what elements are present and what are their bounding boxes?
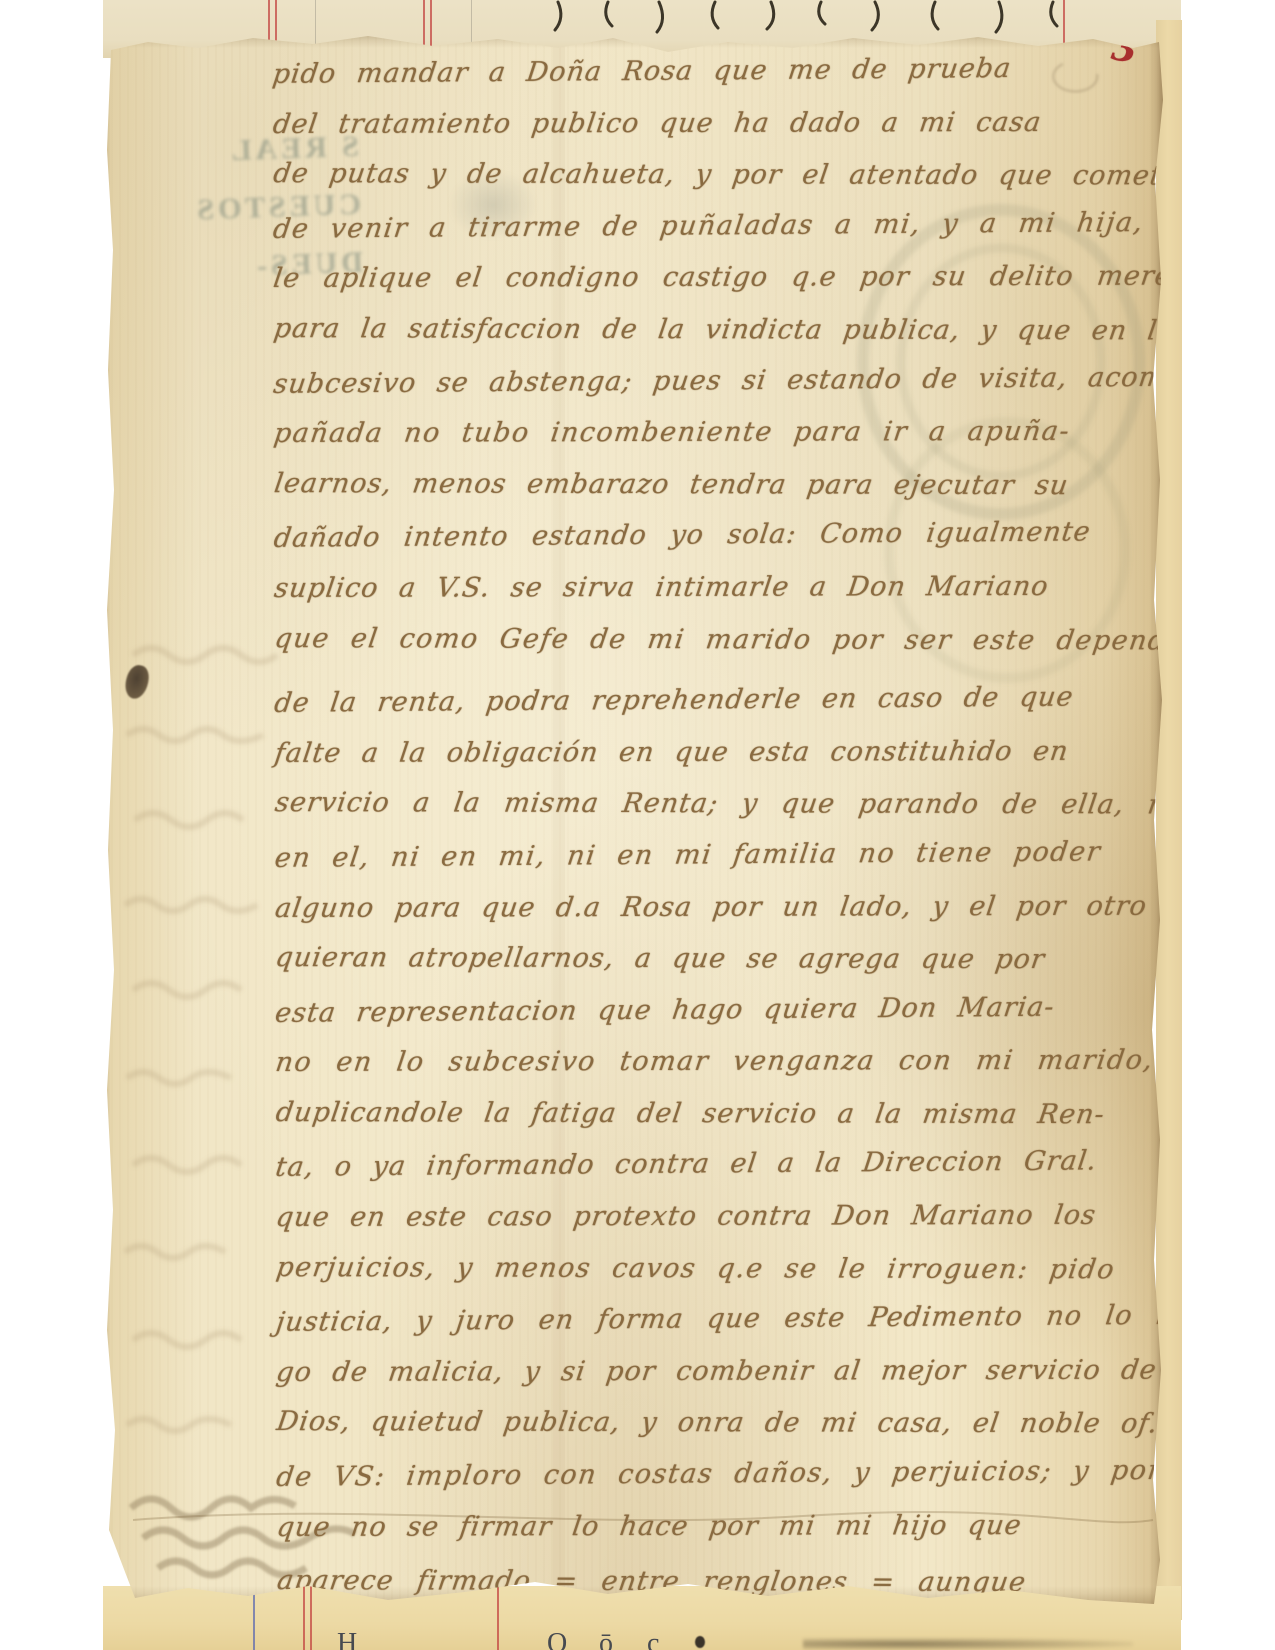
manuscript-line: go de malicia, y si por combenir al mejo… (101, 1344, 1170, 1398)
manuscript-line: servicio a la misma Renta; y que parando… (100, 777, 1169, 831)
manuscript-line: pido mandar a Doña Rosa que me de prueba (97, 42, 1167, 102)
red-margin-line (303, 1586, 305, 1650)
manuscript-page: 3 S REAL CUESTOS DUES- pido mandar a Doñ… (103, 30, 1165, 1608)
manuscript-line: duplicandole la fatiga del servicio a la… (100, 1086, 1169, 1140)
manuscript-line: subcesivo se abstenga; pues si estando d… (98, 351, 1168, 411)
partial-letter: ō (599, 1630, 613, 1650)
manuscript-line: que no se firmar lo hace por mi mi hijo … (101, 1499, 1170, 1553)
manuscript-line: para la satisfaccion de la vindicta publ… (98, 303, 1167, 357)
ink-smudge (803, 1638, 1133, 1650)
manuscript-line: de VS: imploro con costas daños, y perju… (101, 1445, 1171, 1505)
manuscript-line: de la renta, podra reprehenderle en caso… (99, 671, 1169, 731)
red-margin-line (310, 1586, 312, 1650)
manuscript-line: ta, o ya informando contra el a la Direc… (100, 1135, 1170, 1195)
partial-letter: H (337, 1630, 357, 1650)
manuscript-line: quieran atropellarnos, a que se agrega q… (100, 932, 1169, 986)
manuscript-line: pañada no tubo incombeniente para ir a a… (98, 406, 1167, 460)
manuscript-line: alguno para que d.a Rosa por un lado, y … (100, 880, 1169, 934)
manuscript-line: del tratamiento publico que ha dado a mi… (98, 96, 1167, 150)
manuscript-line: en el, ni en mi, ni en mi familia no tie… (99, 826, 1169, 886)
manuscript-line: justicia, y juro en forma que este Pedim… (100, 1290, 1170, 1350)
manuscript-line: no en lo subcesivo tomar venganza con mi… (100, 1035, 1169, 1089)
manuscript-line: que el como Gefe de mi marido por ser es… (99, 612, 1168, 666)
manuscript-line: le aplique el condigno castigo q.e por s… (98, 251, 1167, 305)
underlying-page-bottom-strip: H O ō c (103, 1586, 1181, 1650)
manuscript-line: Dios, quietud publica, y onra de mi casa… (101, 1396, 1170, 1450)
partial-letter: c (647, 1630, 659, 1650)
red-margin-line (497, 1586, 499, 1650)
manuscript-text: pido mandar a Doña Rosa que me de prueba… (101, 45, 1167, 1610)
manuscript-line: que en este caso protexto contra Don Mar… (100, 1190, 1169, 1244)
manuscript-line: perjuicios, y menos cavos q.e se le irro… (101, 1241, 1170, 1295)
partial-letter: O (547, 1630, 567, 1650)
manuscript-line: esta representacion que hago quiera Don … (100, 981, 1170, 1041)
manuscript-line: learnos, menos embarazo tendra para ejec… (99, 457, 1168, 511)
manuscript-scan: H O ō c (0, 0, 1275, 1650)
ink-dot (695, 1636, 705, 1648)
manuscript-line: falte a la obligación en que esta consti… (99, 725, 1168, 779)
blue-margin-line (253, 1586, 255, 1650)
manuscript-line: suplico a V.S. se sirva intimarle a Don … (99, 561, 1168, 615)
manuscript-line: de venir a tirarme de puñaladas a mi, y … (98, 197, 1168, 257)
manuscript-line: de putas y de alcahueta, y por el atenta… (98, 148, 1167, 202)
manuscript-line: dañado intento estando yo sola: Como igu… (98, 506, 1168, 566)
